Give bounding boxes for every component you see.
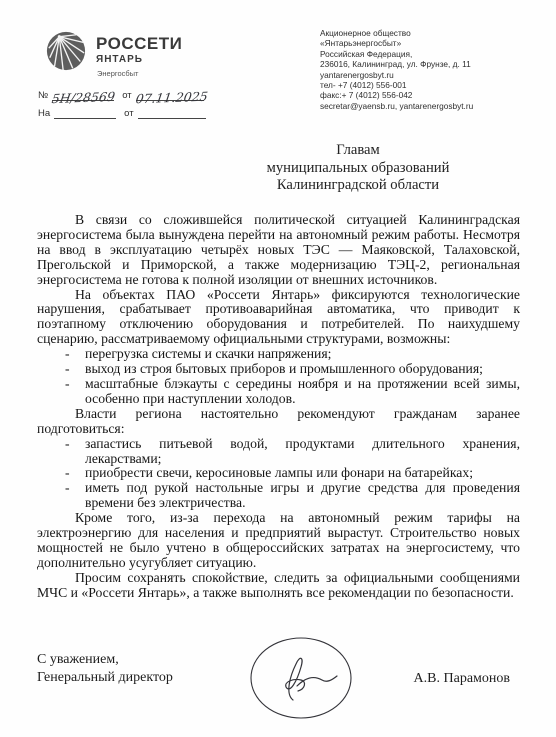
brand-name: РОССЕТИ: [96, 35, 182, 52]
addressee-block: Главам муниципальных образований Калинин…: [208, 142, 508, 195]
incoming-ref-blank: [54, 106, 116, 119]
signer-name: А.В. Парамонов: [414, 670, 510, 688]
rosseti-globe-icon: [45, 30, 87, 77]
company-fax: факс:+ 7 (4012) 556-042: [320, 90, 520, 100]
advice-list-item: - запастись питьевой водой, продуктами д…: [37, 437, 520, 467]
company-website: yantarenergosbyt.ru: [320, 70, 520, 80]
company-line: 236016, Калининград, ул. Фрунзе, д. 11: [320, 59, 520, 69]
ref-number-label: №: [38, 90, 48, 101]
logo-wordmark: РОССЕТИ ЯНТАРЬ Энергосбыт: [96, 28, 182, 78]
paragraph-tariffs: Кроме того, из-за перехода на автономный…: [37, 511, 520, 571]
bullet-dash: -: [65, 481, 85, 511]
paragraph-recommendations: Власти региона настоятельно рекомендуют …: [37, 407, 520, 437]
signature-block: С уважением, Генеральный директор А.В. П…: [37, 651, 516, 686]
addressee-line: Калининградской области: [208, 177, 508, 195]
risk-list-item: - перегрузка системы и скачки напряжения…: [37, 347, 520, 362]
bullet-dash: -: [65, 437, 85, 467]
incoming-ref-row: На от: [38, 106, 206, 119]
company-phone: тел- +7 (4012) 556-001: [320, 80, 520, 90]
bullet-dash: -: [65, 362, 85, 377]
incoming-ref-label: На: [38, 108, 50, 119]
bullet-dash: -: [65, 466, 85, 481]
bullet-dash: -: [65, 377, 85, 407]
company-line: «Янтарьэнергосбыт»: [320, 38, 520, 48]
advice-list-item: - приобрести свечи, керосиновые лампы ил…: [37, 466, 520, 481]
paragraph-intro: В связи со сложившейся политической ситу…: [37, 213, 520, 288]
handwritten-signature: [247, 634, 359, 732]
brand-subname: ЯНТАРЬ: [96, 55, 182, 65]
incoming-date-label: от: [124, 108, 133, 119]
reference-block: № 5Н/28569 от 07.11.2025 На от: [38, 88, 206, 124]
addressee-line: муниципальных образований: [208, 160, 508, 178]
risk-list-item: - выход из строя бытовых приборов и пром…: [37, 362, 520, 377]
letter-page: РОССЕТИ ЯНТАРЬ Энергосбыт Акционерное об…: [0, 0, 556, 737]
addressee-line: Главам: [208, 142, 508, 160]
ref-number-value: 5Н/28569: [52, 88, 114, 101]
incoming-date-blank: [138, 106, 206, 119]
brand-division: Энергосбыт: [97, 70, 182, 78]
advice-list-item: - иметь под рукой настольные игры и друг…: [37, 481, 520, 511]
outgoing-ref-row: № 5Н/28569 от 07.11.2025: [38, 88, 206, 101]
risk-list-item: - масштабные блэкауты с середины ноября …: [37, 377, 520, 407]
paragraph-closing: Просим сохранять спокойствие, следить за…: [37, 571, 520, 601]
company-line: Акционерное общество: [320, 28, 520, 38]
bullet-dash: -: [65, 347, 85, 362]
company-details: Акционерное общество «Янтарьэнергосбыт» …: [320, 28, 520, 111]
paragraph-incidents: На объектах ПАО «Россети Янтарь» фиксиру…: [37, 288, 520, 348]
company-line: Российская Федерация,: [320, 49, 520, 59]
ref-date-label: от: [122, 90, 131, 101]
ref-date-value: 07.11.2025: [136, 88, 204, 101]
letter-body: В связи со сложившейся политической ситу…: [37, 213, 520, 601]
company-email: secretar@yaensb.ru, yantarenergosbyt.ru: [320, 101, 520, 111]
